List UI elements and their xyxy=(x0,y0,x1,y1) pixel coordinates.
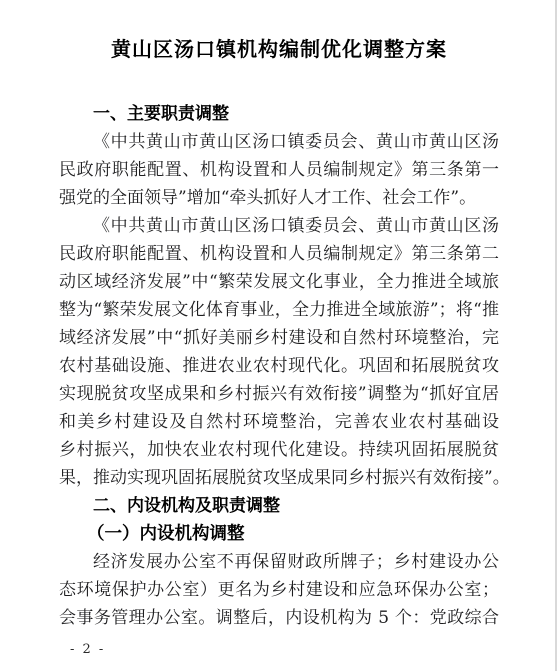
text-line: 乡村振兴，加快农业农村现代化建设。持续巩固拓展脱贫攻坚成 xyxy=(59,436,499,464)
paragraph: 《中共黄山市黄山区汤口镇委员会、黄山市黄山区汤口镇人民政府职能配置、机构设置和人… xyxy=(59,212,499,492)
document-title: 黄山区汤口镇机构编制优化调整方案 xyxy=(59,36,499,62)
section-heading: 一、主要职责调整 xyxy=(59,100,499,128)
text-line: 会事务管理办公室。调整后，内设机构为 5 个：党政综合办公室、 xyxy=(59,604,499,632)
document-content: 黄山区汤口镇机构编制优化调整方案 一、主要职责调整《中共黄山市黄山区汤口镇委员会… xyxy=(59,36,499,632)
text-line: 态环境保护办公室）更名为乡村建设和应急环保办公室；撤销社 xyxy=(59,576,499,604)
sub-heading: （一）内设机构调整 xyxy=(59,520,499,548)
text-line: 经济发展办公室不再保留财政所牌子；乡村建设办公室（生 xyxy=(59,548,499,576)
text-line: 和美乡村建设及自然村环境整治，完善农业农村基础设施，推进 xyxy=(59,408,499,436)
document-page: 黄山区汤口镇机构编制优化调整方案 一、主要职责调整《中共黄山市黄山区汤口镇委员会… xyxy=(0,0,557,671)
paragraph: 《中共黄山市黄山区汤口镇委员会、黄山市黄山区汤口镇人民政府职能配置、机构设置和人… xyxy=(59,128,499,212)
section-heading: 二、内设机构及职责调整 xyxy=(59,492,499,520)
text-line: 农村基础设施、推进农业农村现代化。巩固和拓展脱贫攻坚成果， xyxy=(59,352,499,380)
paragraph: 经济发展办公室不再保留财政所牌子；乡村建设办公室（生态环境保护办公室）更名为乡村… xyxy=(59,548,499,632)
text-line: 民政府职能配置、机构设置和人员编制规定》第三条第一项“加 xyxy=(59,156,499,184)
text-line: 《中共黄山市黄山区汤口镇委员会、黄山市黄山区汤口镇人 xyxy=(59,212,499,240)
text-line: 果，推动实现巩固拓展脱贫攻坚成果同乡村振兴有效衔接”。 xyxy=(59,464,499,492)
text-line: 强党的全面领导”增加“牵头抓好人才工作、社会工作”。 xyxy=(59,184,499,212)
text-line: 动区域经济发展”中“繁荣发展文化事业，全力推进全域旅游”调 xyxy=(59,268,499,296)
text-line: 域经济发展”中“抓好美丽乡村建设和自然村环境整治，完善农业 xyxy=(59,324,499,352)
text-line: 《中共黄山市黄山区汤口镇委员会、黄山市黄山区汤口镇人 xyxy=(59,128,499,156)
document-body: 一、主要职责调整《中共黄山市黄山区汤口镇委员会、黄山市黄山区汤口镇人民政府职能配… xyxy=(59,100,499,632)
text-line: 实现脱贫攻坚成果和乡村振兴有效衔接”调整为“抓好宜居宜业 xyxy=(59,380,499,408)
text-line: 民政府职能配置、机构设置和人员编制规定》第三条第二项“推 xyxy=(59,240,499,268)
page-number: - 2 - xyxy=(70,642,105,657)
text-line: 整为“繁荣发展文化体育事业，全力推进全域旅游”；将“推动区 xyxy=(59,296,499,324)
